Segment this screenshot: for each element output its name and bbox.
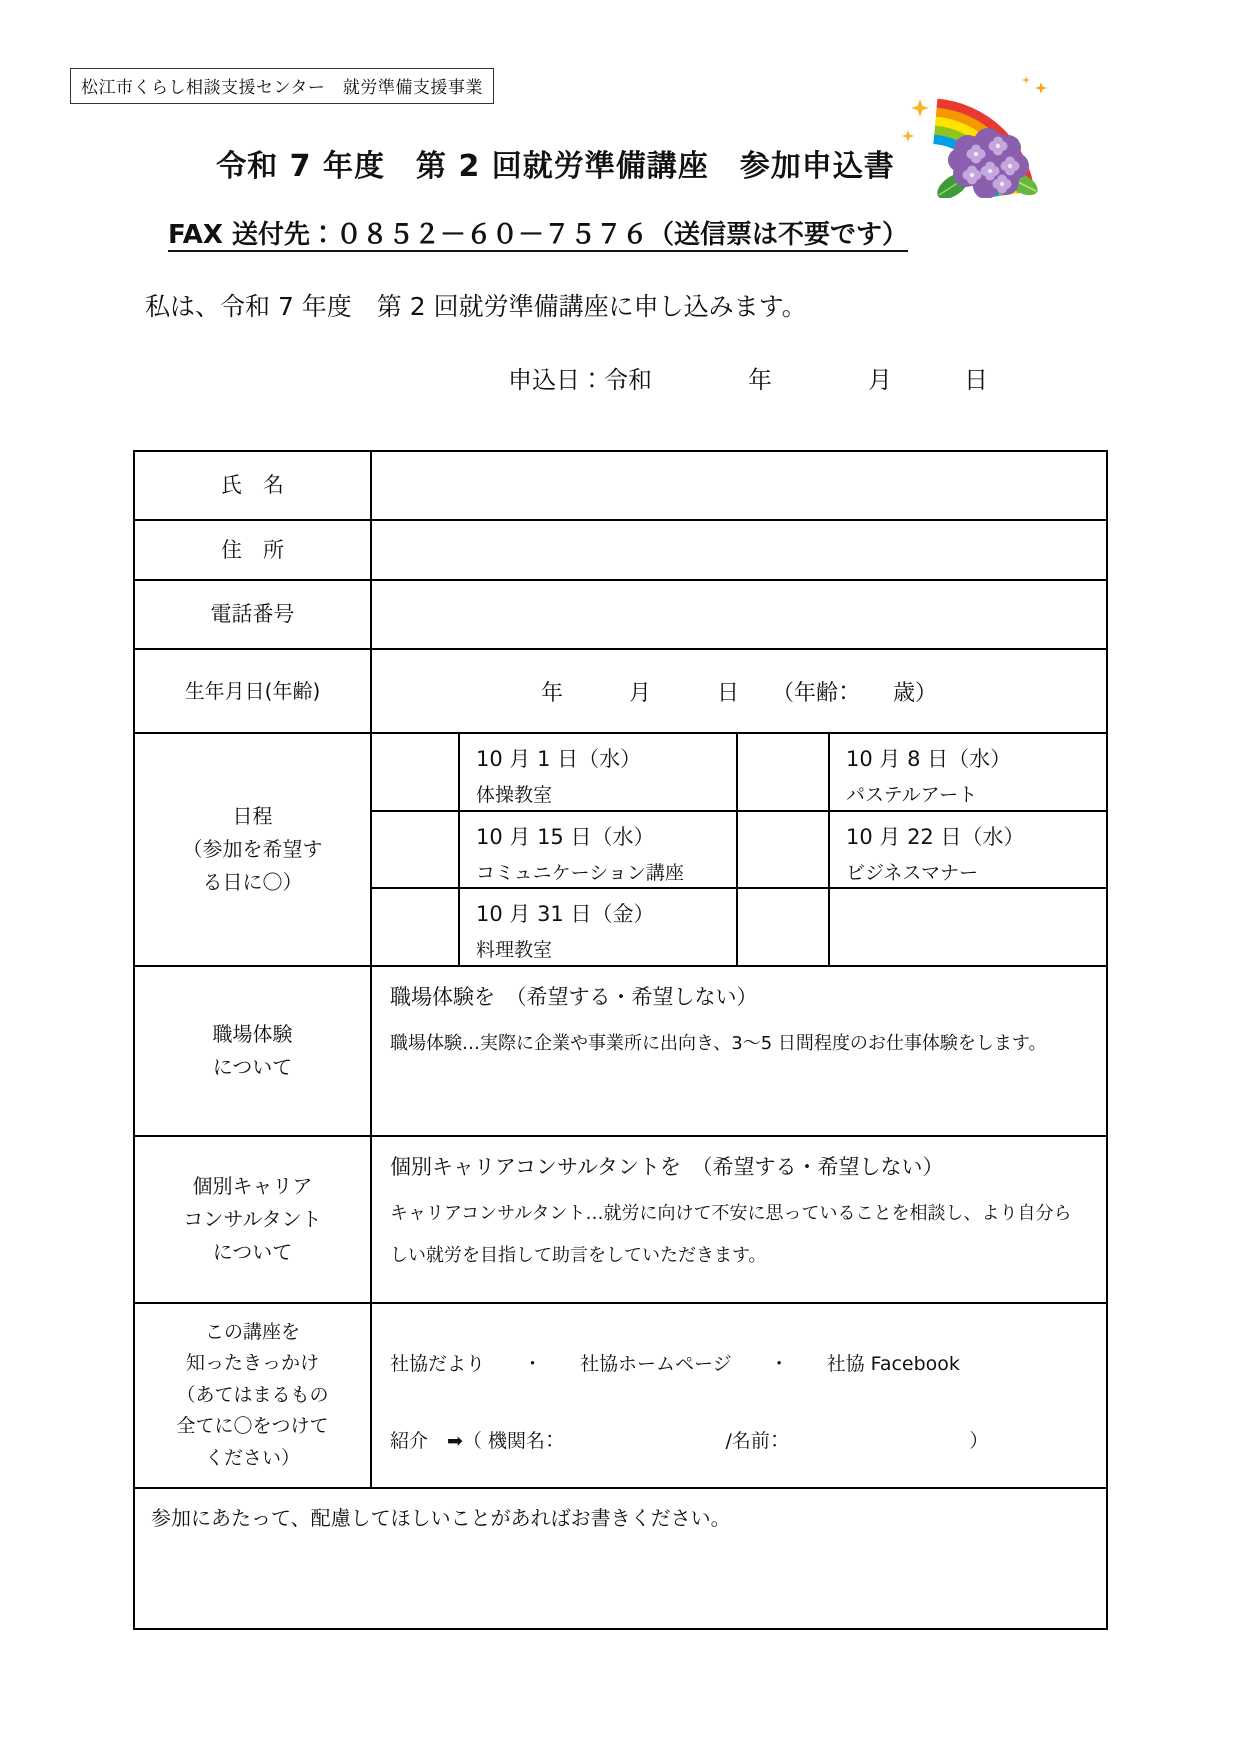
circle-cell (372, 812, 460, 888)
schedule-label: 日程 （参加を希望す る日に〇） (135, 734, 372, 965)
schedule-date: 10 月 1 日（水） (476, 743, 736, 773)
circle-cell (738, 889, 830, 965)
row-career-consultant: 個別キャリア コンサルタント について 個別キャリアコンサルタントを （希望する… (135, 1135, 1106, 1302)
career-consultant-note: キャリアコンサルタント…就労に向けて不安に思っていることを相談し、より自分らしい… (390, 1193, 1088, 1278)
schedule-title: コミュニケーション講座 (476, 858, 736, 885)
circle-cell (738, 734, 830, 810)
schedule-date: 10 月 31 日（金） (476, 898, 736, 928)
work-experience-content: 職場体験を （希望する・希望しない） 職場体験…実際に企業や事業所に出向き、3～… (372, 967, 1106, 1135)
birthdate-label: 生年月日(年齢) (135, 650, 372, 732)
intro-sentence: 私は、令和 7 年度 第 2 回就労準備講座に申し込みます。 (145, 287, 807, 323)
office-tag: 松江市くらし相談支援センター 就労準備支援事業 (70, 68, 494, 104)
schedule-row-1: 10 月 1 日（水） 体操教室 10 月 8 日（水） パステルアート (372, 734, 1106, 810)
schedule-cell-empty (830, 889, 1106, 965)
schedule-title: ビジネスマナー (846, 858, 1106, 885)
circle-cell (372, 734, 460, 810)
birthdate-write-area: 年 月 日 （年齢： 歳） (372, 650, 1106, 732)
schedule-date: 10 月 8 日（水） (846, 743, 1106, 773)
schedule-row-2: 10 月 15 日（水） コミュニケーション講座 10 月 22 日（水） ビジ… (372, 810, 1106, 888)
schedule-cell: 10 月 22 日（水） ビジネスマナー (830, 812, 1106, 888)
form-title: 令和 7 年度 第 2 回就労準備講座 参加申込書 (0, 141, 1241, 185)
name-label: 氏 名 (135, 452, 372, 519)
row-name: 氏 名 (135, 452, 1106, 519)
referral-intro-line: 紹介 ➡（ 機関名： /名前： ） (390, 1426, 1088, 1453)
schedule-title: 料理教室 (476, 935, 736, 962)
career-consultant-choice: 個別キャリアコンサルタントを （希望する・希望しない） (390, 1151, 1088, 1181)
schedule-date: 10 月 15 日（水） (476, 821, 736, 851)
fax-line: FAX 送付先：０８５２－６０－７５７６（送信票は不要です） (0, 214, 1241, 251)
row-work-experience: 職場体験 について 職場体験を （希望する・希望しない） 職場体験…実際に企業や… (135, 965, 1106, 1135)
referral-source-content: 社協だより ・ 社協ホームページ ・ 社協 Facebook 紹介 ➡（ 機関名… (372, 1304, 1106, 1487)
name-write-area (372, 452, 1106, 519)
schedule-cell: 10 月 1 日（水） 体操教室 (460, 734, 738, 810)
referral-options: 社協だより ・ 社協ホームページ ・ 社協 Facebook (390, 1349, 1088, 1376)
schedule-row-3: 10 月 31 日（金） 料理教室 (372, 887, 1106, 965)
address-write-area (372, 521, 1106, 579)
row-birthdate: 生年月日(年齢) 年 月 日 （年齢： 歳） (135, 648, 1106, 732)
application-form-page: 松江市くらし相談支援センター 就労準備支援事業 (0, 0, 1241, 1755)
career-consultant-label: 個別キャリア コンサルタント について (135, 1137, 372, 1302)
row-address: 住 所 (135, 519, 1106, 579)
work-experience-label: 職場体験 について (135, 967, 372, 1135)
row-remarks: 参加にあたって、配慮してほしいことがあればお書きください。 (135, 1487, 1106, 1628)
remarks-prompt: 参加にあたって、配慮してほしいことがあればお書きください。 (135, 1489, 1106, 1628)
application-table: 氏 名 住 所 電話番号 生年月日(年齢) 年 月 日 （年齢： 歳） 日程 （… (133, 450, 1108, 1630)
schedule-title: 体操教室 (476, 780, 736, 807)
row-schedule: 日程 （参加を希望す る日に〇） 10 月 1 日（水） 体操教室 10 月 8… (135, 732, 1106, 965)
circle-cell (372, 889, 460, 965)
schedule-cell: 10 月 15 日（水） コミュニケーション講座 (460, 812, 738, 888)
row-referral-source: この講座を 知ったきっかけ （あてはまるもの 全てに〇をつけて ください） 社協… (135, 1302, 1106, 1487)
address-label: 住 所 (135, 521, 372, 579)
work-experience-choice: 職場体験を （希望する・希望しない） (390, 981, 1088, 1011)
row-phone: 電話番号 (135, 579, 1106, 648)
schedule-cell: 10 月 31 日（金） 料理教室 (460, 889, 738, 965)
schedule-date: 10 月 22 日（水） (846, 821, 1106, 851)
schedule-grid: 10 月 1 日（水） 体操教室 10 月 8 日（水） パステルアート 10 … (372, 734, 1106, 965)
schedule-title: パステルアート (846, 780, 1106, 807)
career-consultant-content: 個別キャリアコンサルタントを （希望する・希望しない） キャリアコンサルタント…… (372, 1137, 1106, 1302)
circle-cell (738, 812, 830, 888)
fax-number-text: FAX 送付先：０８５２－６０－７５７６（送信票は不要です） (168, 220, 908, 250)
work-experience-note: 職場体験…実際に企業や事業所に出向き、3～5 日間程度のお仕事体験をします。 (390, 1023, 1088, 1065)
schedule-cell: 10 月 8 日（水） パステルアート (830, 734, 1106, 810)
phone-write-area (372, 581, 1106, 648)
application-date-line: 申込日：令和 年 月 日 (508, 360, 988, 395)
referral-source-label: この講座を 知ったきっかけ （あてはまるもの 全てに〇をつけて ください） (135, 1304, 372, 1487)
phone-label: 電話番号 (135, 581, 372, 648)
